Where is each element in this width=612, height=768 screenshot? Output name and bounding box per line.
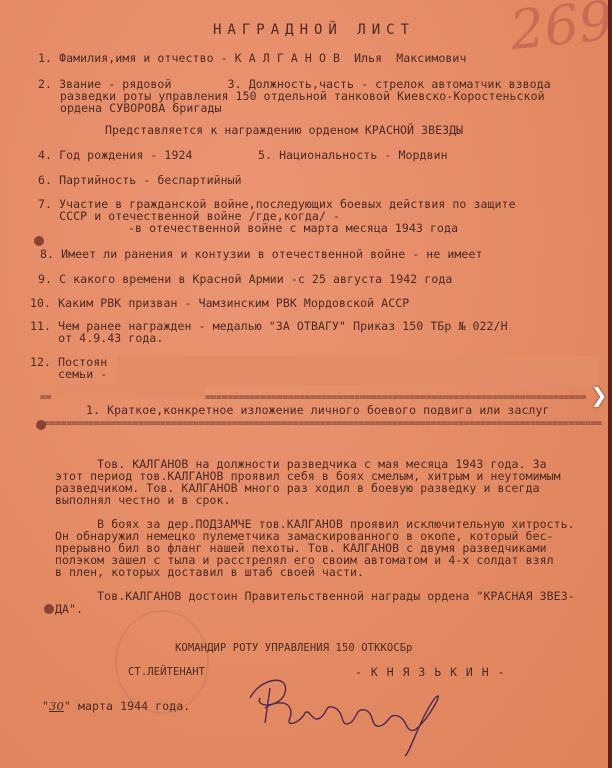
field-11: от 4.9.43 года. <box>30 332 163 345</box>
paragraph-line: выполнял честно и в срок. <box>55 494 231 507</box>
field-4: 4. Год рождения - 1924 <box>38 149 193 162</box>
chevron-right-icon: ❯ <box>591 383 608 407</box>
document-title: НАГРАДНОЙ ЛИСТ <box>213 24 415 37</box>
document-page: 269 НАГРАДНОЙ ЛИСТ 1. Фамилия,имя и отче… <box>0 0 608 768</box>
page-border <box>608 0 612 768</box>
field-1: 1. Фамилия,имя и отчество - К А Л Г А Н … <box>38 52 466 65</box>
field-3-cont: ордена СУВОРОВА бригады <box>60 102 222 115</box>
archive-number: 269 <box>507 0 612 62</box>
ink-stain <box>34 236 44 246</box>
redacted-address <box>118 356 598 386</box>
divider-line: == <box>40 392 52 403</box>
paragraph-line: Тов.КАЛГАНОВ достоин Правительственной н… <box>55 590 575 603</box>
section-header: 1. Краткое,конкретное изложение личного … <box>86 404 550 417</box>
date: "30" марта 1944 года. <box>42 700 190 713</box>
divider-line: ========================================… <box>205 392 605 403</box>
rank: СТ.ЛЕЙТЕНАНТ <box>128 666 205 679</box>
field-6: 6. Партийность - беспартийный <box>38 174 242 187</box>
paragraph-line: ДА". <box>55 603 83 616</box>
field-12: семьи - <box>30 368 107 381</box>
field-text: Фамилия,имя и отчество - К А Л Г А Н О В… <box>59 51 466 65</box>
signature-icon <box>240 668 460 758</box>
signature <box>240 668 460 762</box>
commander-title: КОМАНДИР РОТУ УПРАВЛЕНИЯ 150 ОТККОСБр <box>175 642 413 655</box>
next-page-button[interactable]: ❯ <box>590 384 608 406</box>
field-9: 9. С какого времени в Красной Армии -с 2… <box>38 273 452 286</box>
field-7: -в отечественной войне с марта месяца 19… <box>128 222 458 235</box>
date-day: 30 <box>49 699 64 713</box>
field-5: 5. Национальность - Мордвин <box>258 149 448 162</box>
field-number: 1. <box>38 51 52 65</box>
field-8: 8. Имеет ли ранения и контузии в отечест… <box>40 248 483 261</box>
ink-stain <box>44 604 54 614</box>
divider-line: ========================================… <box>44 418 608 429</box>
nomination: Представляется к награждению орденом КРА… <box>105 124 463 137</box>
redacted-address <box>55 384 205 398</box>
field-number: 2. <box>38 77 52 91</box>
field-10: 10. Каким РВК призван - Чамзинским РВК М… <box>30 297 409 310</box>
date-rest: марта 1944 года. <box>78 699 190 713</box>
paragraph-line: в плен, которых доставил в штаб своей ча… <box>55 566 364 579</box>
